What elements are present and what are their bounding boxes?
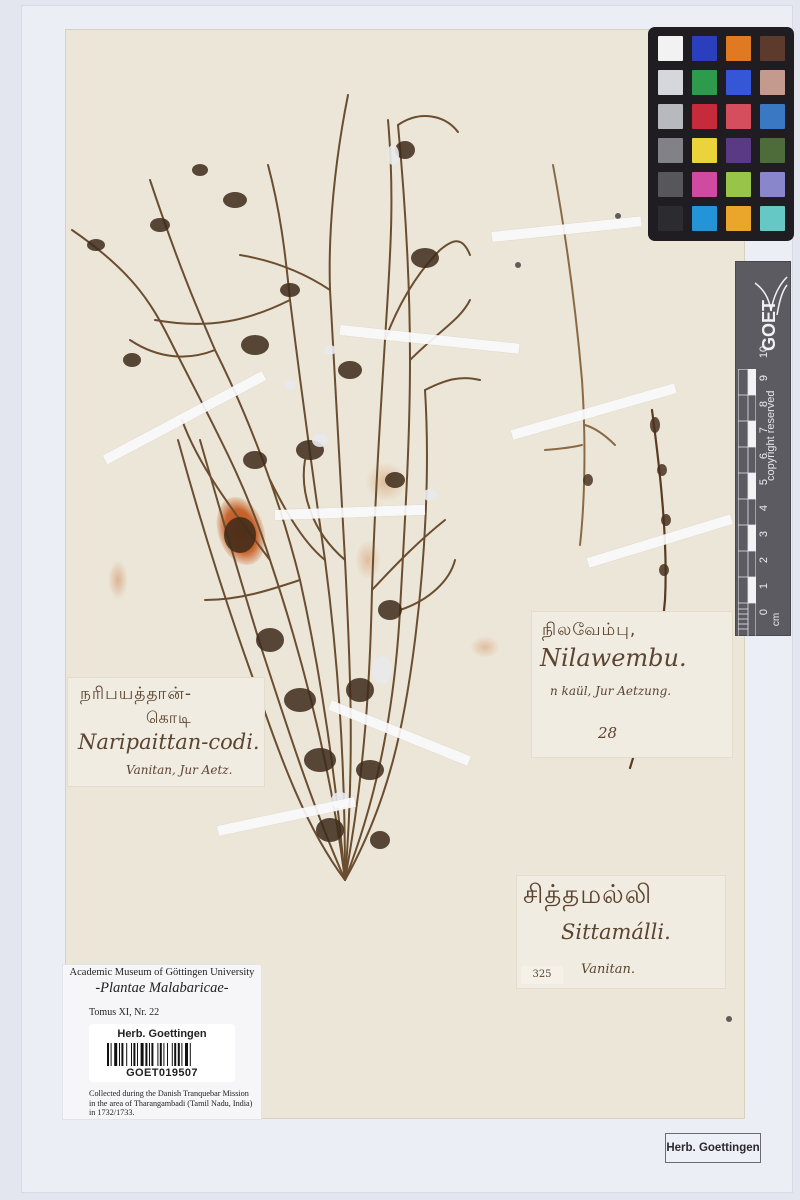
scale-tick-label: 8 [758, 397, 770, 411]
tamil-name-line2: கொடி [146, 708, 192, 729]
scale-tick-label: 4 [758, 501, 770, 515]
vernacular-label-nilawembu: நிலவேம்பு, Nilawembu. n kaül, Jur Aetzun… [532, 612, 732, 757]
barcode-icon [107, 1043, 217, 1066]
collection-note-line: Collected during the Danish Tranquebar M… [89, 1089, 259, 1099]
color-swatch [726, 172, 751, 197]
latin-name: Sittamálli. [561, 920, 671, 944]
color-swatch [658, 206, 683, 231]
vernacular-label-naripaittan: நரிபயத்தான்- கொடி Naripaittan-codi. Vani… [68, 678, 264, 786]
barcode-label: Herb. Goettingen GOET019507 [89, 1024, 235, 1082]
color-swatch [726, 70, 751, 95]
scale-tick-label: 2 [758, 553, 770, 567]
scale-tick-label: 0 [758, 605, 770, 619]
tamil-name: சித்தமல்லி [523, 880, 652, 913]
latin-name: Nilawembu. [540, 644, 687, 672]
label-note: Vanitan, Jur Aetz. [126, 763, 232, 777]
color-swatch [760, 206, 785, 231]
volume-number: Tomus XI, Nr. 22 [89, 1007, 159, 1018]
scale-tick-label: 3 [758, 527, 770, 541]
scale-tick-label: 5 [758, 475, 770, 489]
institution-name: Academic Museum of Göttingen University [63, 967, 261, 978]
herbarium-stamp: Herb. Goettingen [665, 1133, 761, 1163]
scale-tick-label: 6 [758, 449, 770, 463]
color-swatch [726, 138, 751, 163]
color-swatch [692, 104, 717, 129]
swatch-grid [658, 36, 785, 231]
collection-note-line: in 1732/1733. [89, 1108, 259, 1118]
scale-unit: cm [771, 613, 782, 626]
color-swatch [658, 138, 683, 163]
color-swatch [726, 104, 751, 129]
color-swatch [692, 206, 717, 231]
label-number: 325 [521, 966, 563, 984]
color-swatch [760, 70, 785, 95]
museum-label: Academic Museum of Göttingen University … [63, 965, 261, 1119]
ruler-ticks [738, 369, 756, 637]
scale-tick-label: 1 [758, 579, 770, 593]
color-swatch [726, 36, 751, 61]
color-swatch [658, 104, 683, 129]
color-swatch [692, 138, 717, 163]
tamil-name: நரிபயத்தான்- [80, 684, 192, 706]
collection-note-line: in the area of Tharangambadi (Tamil Nadu… [89, 1099, 259, 1109]
color-swatch [658, 70, 683, 95]
color-swatch [760, 104, 785, 129]
tamil-name: நிலவேம்பு, [542, 620, 636, 642]
scale-tick-label: 7 [758, 423, 770, 437]
color-swatch [692, 36, 717, 61]
color-swatch [760, 36, 785, 61]
collection-note: Collected during the Danish Tranquebar M… [89, 1089, 259, 1118]
color-swatch [692, 70, 717, 95]
label-number: 28 [598, 724, 617, 742]
color-swatch [658, 172, 683, 197]
barcode-id: GOET019507 [89, 1067, 235, 1079]
label-note: n kaül, Jur Aetzung. [550, 684, 671, 698]
color-swatch [726, 206, 751, 231]
color-swatch [760, 138, 785, 163]
scale-tick-label: 10 [758, 345, 770, 359]
scale-logo-text: GOET [759, 300, 780, 351]
color-swatch [658, 36, 683, 61]
scale-tick-label: 9 [758, 371, 770, 385]
color-calibration-chart [648, 27, 794, 241]
latin-name: Naripaittan-codi. [78, 730, 260, 754]
scale-bar: GOET copyright reserved 012345678910 cm [735, 261, 791, 636]
color-swatch [760, 172, 785, 197]
color-swatch [692, 172, 717, 197]
barcode-header: Herb. Goettingen [89, 1028, 235, 1040]
vernacular-label-sittamalli: சித்தமல்லி Sittamálli. Vanitan. 325 [517, 876, 725, 988]
label-note: Vanitan. [581, 962, 635, 977]
series-title: -Plantae Malabaricae- [63, 980, 261, 997]
